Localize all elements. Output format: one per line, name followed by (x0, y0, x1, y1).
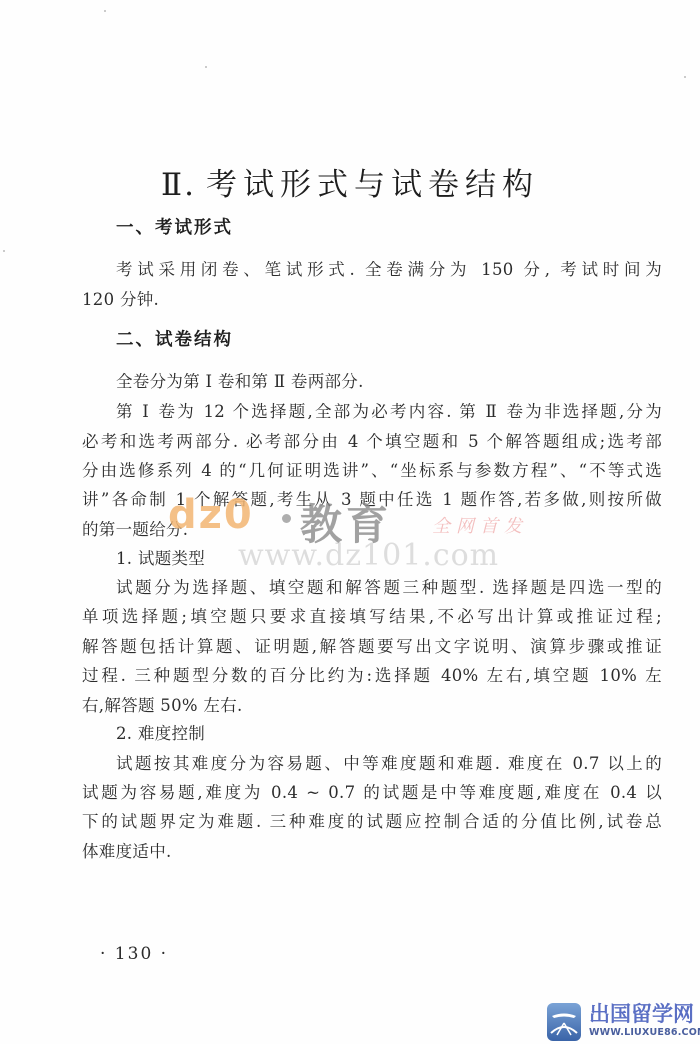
globe-cap-icon (547, 1003, 581, 1041)
paragraph-line: 必考和选考两部分. 必考部分由 4 个填空题和 5 个解答题组成;选考部 (82, 428, 662, 452)
paragraph-line: 单项选择题;填空题只要求直接填写结果,不必写出计算或推证过程; (82, 603, 662, 627)
page-title: Ⅱ.考试形式与试卷结构 (0, 159, 700, 204)
paragraph-line: 考试采用闭卷、笔试形式. 全卷满分为 150 分, 考试时间为 (116, 256, 662, 280)
subsection-heading-question-types: 1. 试题类型 (116, 545, 662, 569)
paragraph-line: 讲”各命制 1 个解答题,考生从 3 题中任选 1 题作答,若多做,则按所做 (82, 486, 662, 510)
paragraph-line: 过程. 三种题型分数的百分比约为:选择题 40% 左右,填空题 10% 左 (82, 662, 662, 686)
paragraph-line: 的第一题给分. (82, 516, 662, 540)
paragraph-line: 全卷分为第 Ⅰ 卷和第 Ⅱ 卷两部分. (116, 368, 662, 392)
paragraph-line: 试题按其难度分为容易题、中等难度题和难题. 难度在 0.7 以上的 (116, 750, 662, 774)
title-text: 考试形式与试卷结构 (206, 167, 539, 203)
paragraph-line: 右,解答题 50% 左右. (82, 692, 662, 716)
paragraph-line: 体难度适中. (82, 838, 662, 862)
paragraph-line: 120 分钟. (82, 286, 662, 310)
title-roman-numeral: Ⅱ. (161, 167, 196, 203)
paragraph-line: 下的试题界定为难题. 三种难度的试题应控制合适的分值比例,试卷总 (82, 808, 662, 832)
subsection-heading-difficulty-control: 2. 难度控制 (116, 720, 662, 744)
corner-logo-name: 出国留学网 (589, 1003, 694, 1025)
paragraph-line: 试题分为选择题、填空题和解答题三种题型. 选择题是四选一型的 (116, 574, 662, 598)
paragraph-line: 解答题包括计算题、证明题,解答题要写出文字说明、演算步骤或推证 (82, 633, 662, 657)
section-heading-exam-format: 一、考试形式 (116, 214, 233, 239)
corner-logo-url: WWW.LIUXUE86.COM (589, 1027, 700, 1038)
scan-speck (205, 66, 207, 68)
paragraph-line: 第 Ⅰ 卷为 12 个选择题,全部为必考内容. 第 Ⅱ 卷为非选择题,分为 (116, 398, 662, 422)
scan-speck (3, 250, 5, 252)
page-number: · 130 · (100, 944, 168, 964)
corner-site-logo: 出国留学网 WWW.LIUXUE86.COM (547, 1003, 697, 1041)
paragraph-line: 试题为容易题,难度为 0.4 ~ 0.7 的试题是中等难度题,难度在 0.4 以 (82, 779, 662, 803)
paragraph-line: 分由选修系列 4 的“几何证明选讲”、“坐标系与参数方程”、“不等式选 (82, 457, 662, 481)
scan-speck (684, 76, 686, 78)
section-heading-paper-structure: 二、试卷结构 (116, 326, 233, 351)
scan-speck (104, 10, 106, 12)
